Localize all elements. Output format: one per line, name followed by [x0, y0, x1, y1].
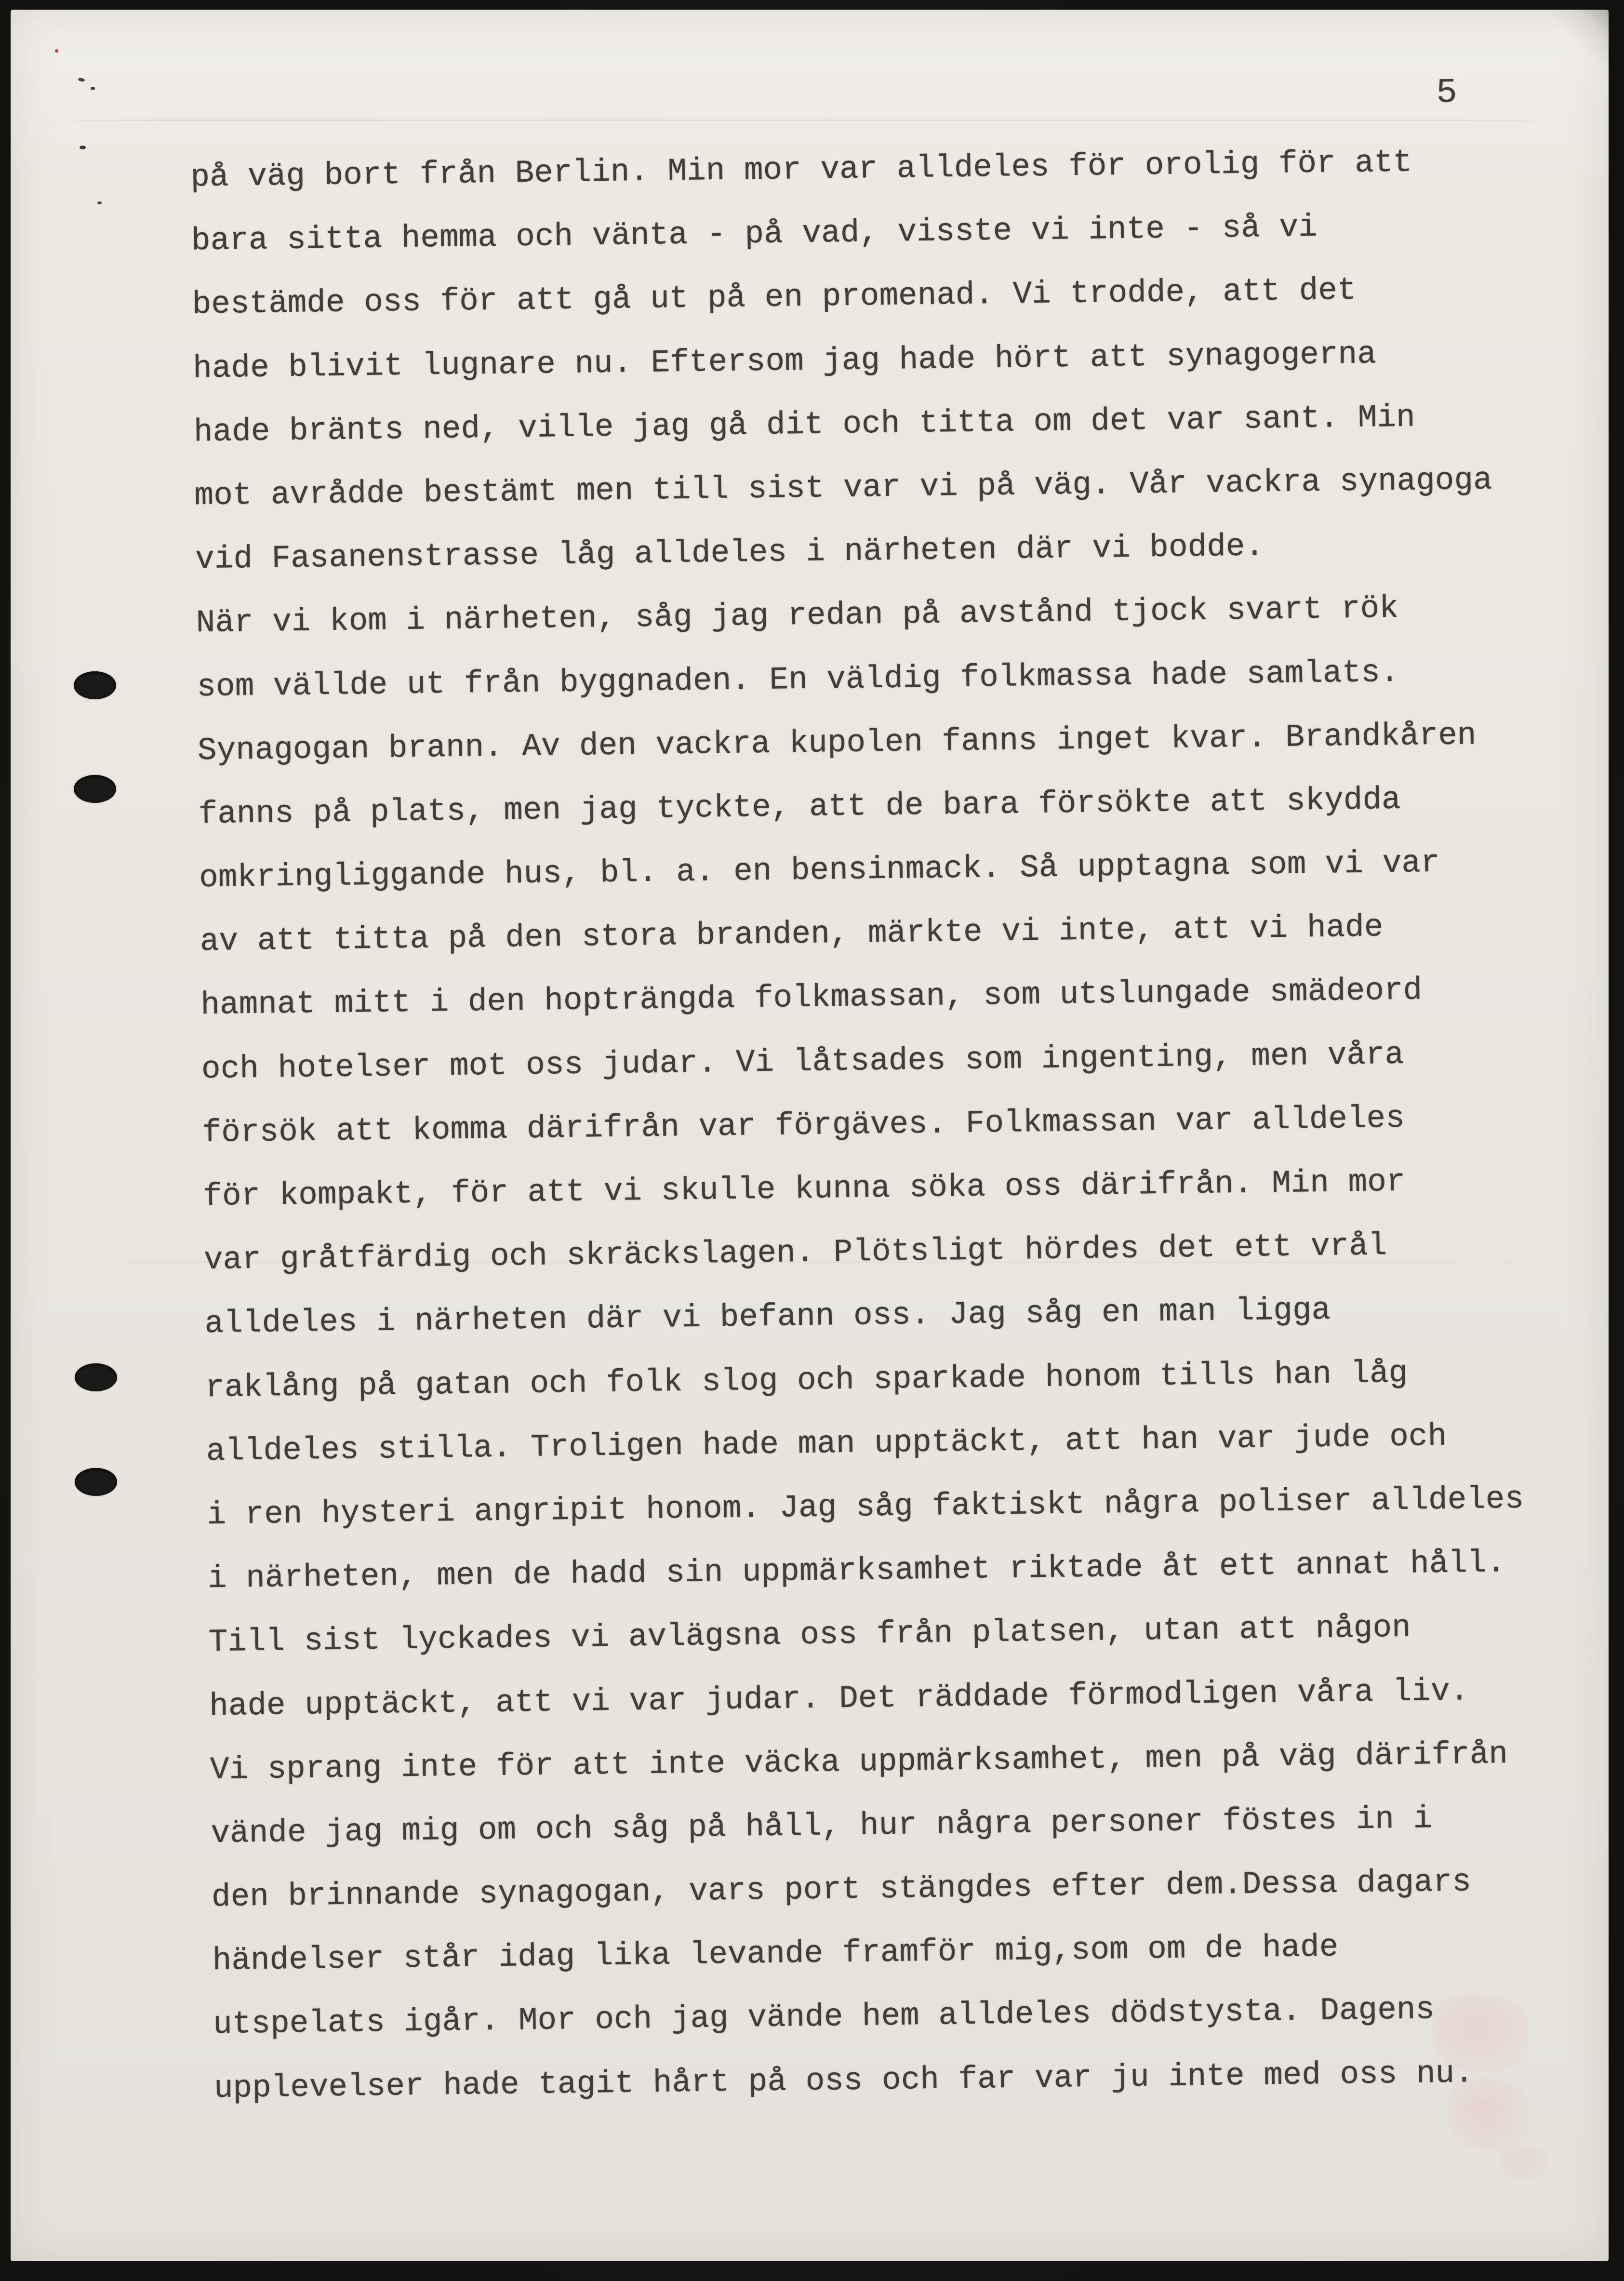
hole-punch	[75, 1363, 117, 1391]
red-speck	[55, 49, 58, 53]
hole-punch	[74, 775, 116, 803]
ink-speck	[91, 87, 95, 90]
stamp-smudge	[1432, 1995, 1529, 2072]
ink-speck	[97, 201, 102, 204]
document-page: 5 på väg bort från Berlin. Min mor var a…	[11, 10, 1609, 2261]
typewritten-text: på väg bort från Berlin. Min mor var all…	[190, 129, 1612, 2121]
page-content: 5 på väg bort från Berlin. Min mor var a…	[0, 0, 1622, 2264]
scan-backdrop: 5 på väg bort från Berlin. Min mor var a…	[0, 0, 1624, 2281]
page-number: 5	[1436, 75, 1457, 110]
stamp-smudge	[1448, 2078, 1530, 2150]
ink-speck	[80, 146, 86, 149]
stamp-smudge	[1500, 2144, 1548, 2182]
hole-punch	[74, 671, 116, 699]
hole-punch	[75, 1468, 117, 1496]
bent-corner-shadow	[1536, 10, 1609, 82]
